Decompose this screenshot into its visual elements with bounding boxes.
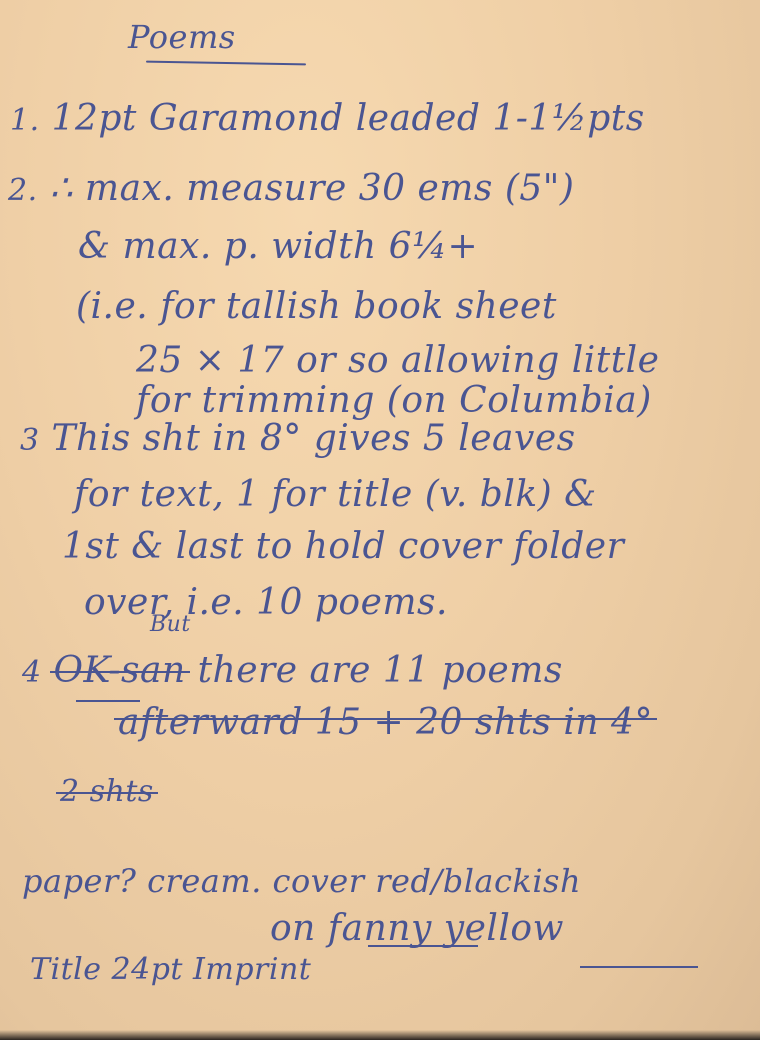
title-spec-note: Title 24pt Imprint xyxy=(30,952,311,987)
item-3-line-4: over, i.e. 10 poems. xyxy=(84,582,448,623)
struck-text: 2 shts xyxy=(60,774,154,809)
item-4-struck-line-1: afterward 15 + 20 shts in 4° xyxy=(118,702,653,743)
item-2-line-3: (i.e. for tallish book sheet xyxy=(76,286,557,327)
item-2-text: ∴ max. measure 30 ems (5") xyxy=(50,168,575,209)
item-4-line-1: 4 OK-san there are 11 poems xyxy=(22,650,563,691)
underline-fanny xyxy=(368,945,478,947)
item-2-line-2: & max. p. width 6¼+ xyxy=(78,226,478,267)
item-1: 1. 12pt Garamond leaded 1-1½pts xyxy=(10,98,645,139)
item-4-number: 4 xyxy=(22,655,42,690)
item-3-text: This sht in 8° gives 5 leaves xyxy=(52,418,576,459)
note-title: Poems xyxy=(128,18,236,56)
item-3-number: 3 xyxy=(20,423,40,458)
item-2-line-4: 25 × 17 or so allowing little xyxy=(136,340,659,381)
item-2-number: 2. xyxy=(8,173,38,208)
item-2-line-1: 2. ∴ max. measure 30 ems (5") xyxy=(8,168,574,209)
item-2-line-5: for trimming (on Columbia) xyxy=(136,380,652,421)
item-1-text: 12pt Garamond leaded 1-1½pts xyxy=(52,98,645,139)
item-3-line-2: for text, 1 for title (v. blk) & xyxy=(74,474,597,515)
item-3-line-1: 3 This sht in 8° gives 5 leaves xyxy=(20,418,576,459)
struck-text: afterward 15 + 20 shts in 4° xyxy=(118,702,653,743)
title-underline xyxy=(146,61,306,66)
paper-note-continued: on fanny yellow xyxy=(270,908,564,949)
item-4-insertion: But xyxy=(150,612,191,637)
item-3-line-3: 1st & last to hold cover folder xyxy=(62,526,624,567)
underline-yellow xyxy=(580,966,698,968)
handwritten-note-page: Poems 1. 12pt Garamond leaded 1-1½pts 2.… xyxy=(0,0,760,1040)
item-4-text: there are 11 poems xyxy=(198,650,563,691)
item-4-struck-line-2: 2 shts xyxy=(60,774,154,809)
item-4-struck-word: OK-san xyxy=(54,650,186,691)
paper-note: paper? cream. cover red/blackish xyxy=(22,862,581,900)
page-edge-shadow xyxy=(0,1030,760,1040)
item-1-number: 1. xyxy=(10,103,40,138)
